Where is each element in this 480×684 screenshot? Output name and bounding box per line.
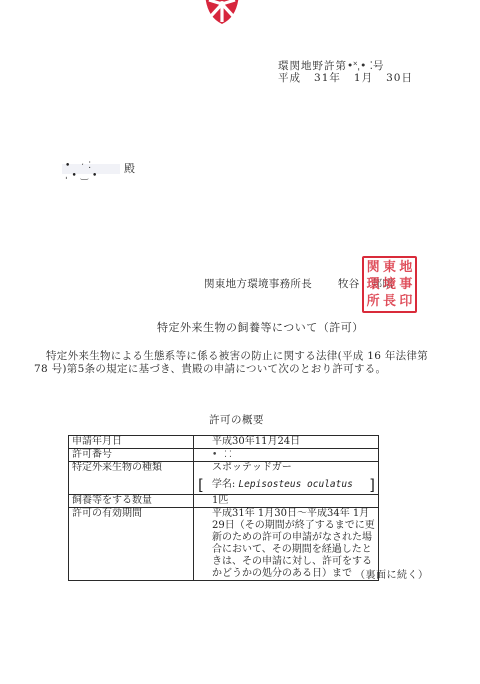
row-label: 許可番号	[69, 449, 194, 462]
species-common-name: スポッテッドガー	[212, 462, 375, 474]
seal-char: 東	[381, 259, 397, 276]
emblem-icon	[203, 0, 241, 26]
table-row: 飼養等をする数量 1匹	[69, 495, 379, 508]
row-label: 飼養等をする数量	[69, 495, 194, 508]
species: スポッテッドガー [ 学名: Lepisosteus oculatus ]	[194, 462, 379, 495]
seal-char: 所	[365, 293, 381, 310]
summary-title: 許可の概要	[209, 412, 264, 427]
document-body: 特定外来生物による生態系等に係る被害の防止に関する法律(平成 16 年法律第78…	[34, 350, 434, 376]
redacted-permit-number: • ⁚⁚	[212, 449, 234, 461]
seal-char: 印	[398, 293, 414, 310]
table-row: 許可番号 • ⁚⁚	[69, 449, 379, 462]
bracket-close: ]	[369, 478, 375, 492]
signer-office: 関東地方環境事務所長	[204, 278, 312, 290]
seal-char: 環	[365, 276, 381, 293]
permit-number: • ⁚⁚	[194, 449, 379, 462]
reference-prefix: 環関地野許第	[278, 60, 347, 72]
redacted-reference-number: •˟ˌ• ⁚	[347, 60, 373, 72]
seal-char: 関	[365, 259, 381, 276]
scientific-name-row: [ 学名: Lepisosteus oculatus ]	[198, 478, 375, 492]
honorific: 殿	[124, 162, 135, 175]
scientific-name-label: 学名:	[212, 479, 235, 490]
validity-period: 平成31年 1月30日～平成34年 1月29日（その期間が終了するまでに更新のた…	[194, 508, 379, 581]
redacted-addressee-name: • ˑ⁚ ˌ•‿•	[62, 164, 120, 174]
seal-char: 長	[381, 293, 397, 310]
date-era: 平成	[278, 72, 301, 84]
document-subject: 特定外来生物の飼養等について（許可）	[157, 319, 364, 335]
table-row: 特定外来生物の種類 スポッテッドガー [ 学名: Lepisosteus ocu…	[69, 462, 379, 495]
table-row: 許可の有効期間 平成31年 1月30日～平成34年 1月29日（その期間が終了す…	[69, 508, 379, 581]
seal-char: 地	[398, 259, 414, 276]
reference-block: 環関地野許第•˟ˌ• ⁚号 平成 31年 1月 30日	[278, 60, 413, 84]
application-date: 平成30年11月24日	[194, 436, 379, 449]
scientific-name-value: Lepisosteus oculatus	[238, 479, 352, 490]
quantity: 1匹	[194, 495, 379, 508]
signer-surname: 牧谷	[338, 278, 360, 290]
date-year: 31年	[314, 72, 341, 84]
seal-char: 境	[381, 276, 397, 293]
redaction-marks: • ˑ⁚ ˌ•‿•	[65, 161, 120, 181]
addressee: • ˑ⁚ ˌ•‿•殿	[62, 160, 135, 176]
permit-summary-table: 申請年月日 平成30年11月24日 許可番号 • ⁚⁚ 特定外来生物の種類 スポ…	[68, 435, 379, 581]
reference-suffix: 号	[373, 60, 385, 72]
official-seal: 関 東 地 環 境 事 所 長 印	[362, 256, 417, 313]
continued-note: （裏面に続く）	[355, 566, 429, 581]
seal-char: 事	[398, 276, 414, 293]
row-label: 許可の有効期間	[69, 508, 194, 581]
row-label: 特定外来生物の種類	[69, 462, 194, 495]
issue-date: 平成 31年 1月 30日	[278, 72, 413, 84]
table-row: 申請年月日 平成30年11月24日	[69, 436, 379, 449]
date-month: 1月	[354, 72, 373, 84]
row-label: 申請年月日	[69, 436, 194, 449]
reference-number: 環関地野許第•˟ˌ• ⁚号	[278, 60, 413, 72]
scientific-name: 学名: Lepisosteus oculatus	[204, 479, 369, 491]
date-day: 30日	[386, 72, 413, 84]
